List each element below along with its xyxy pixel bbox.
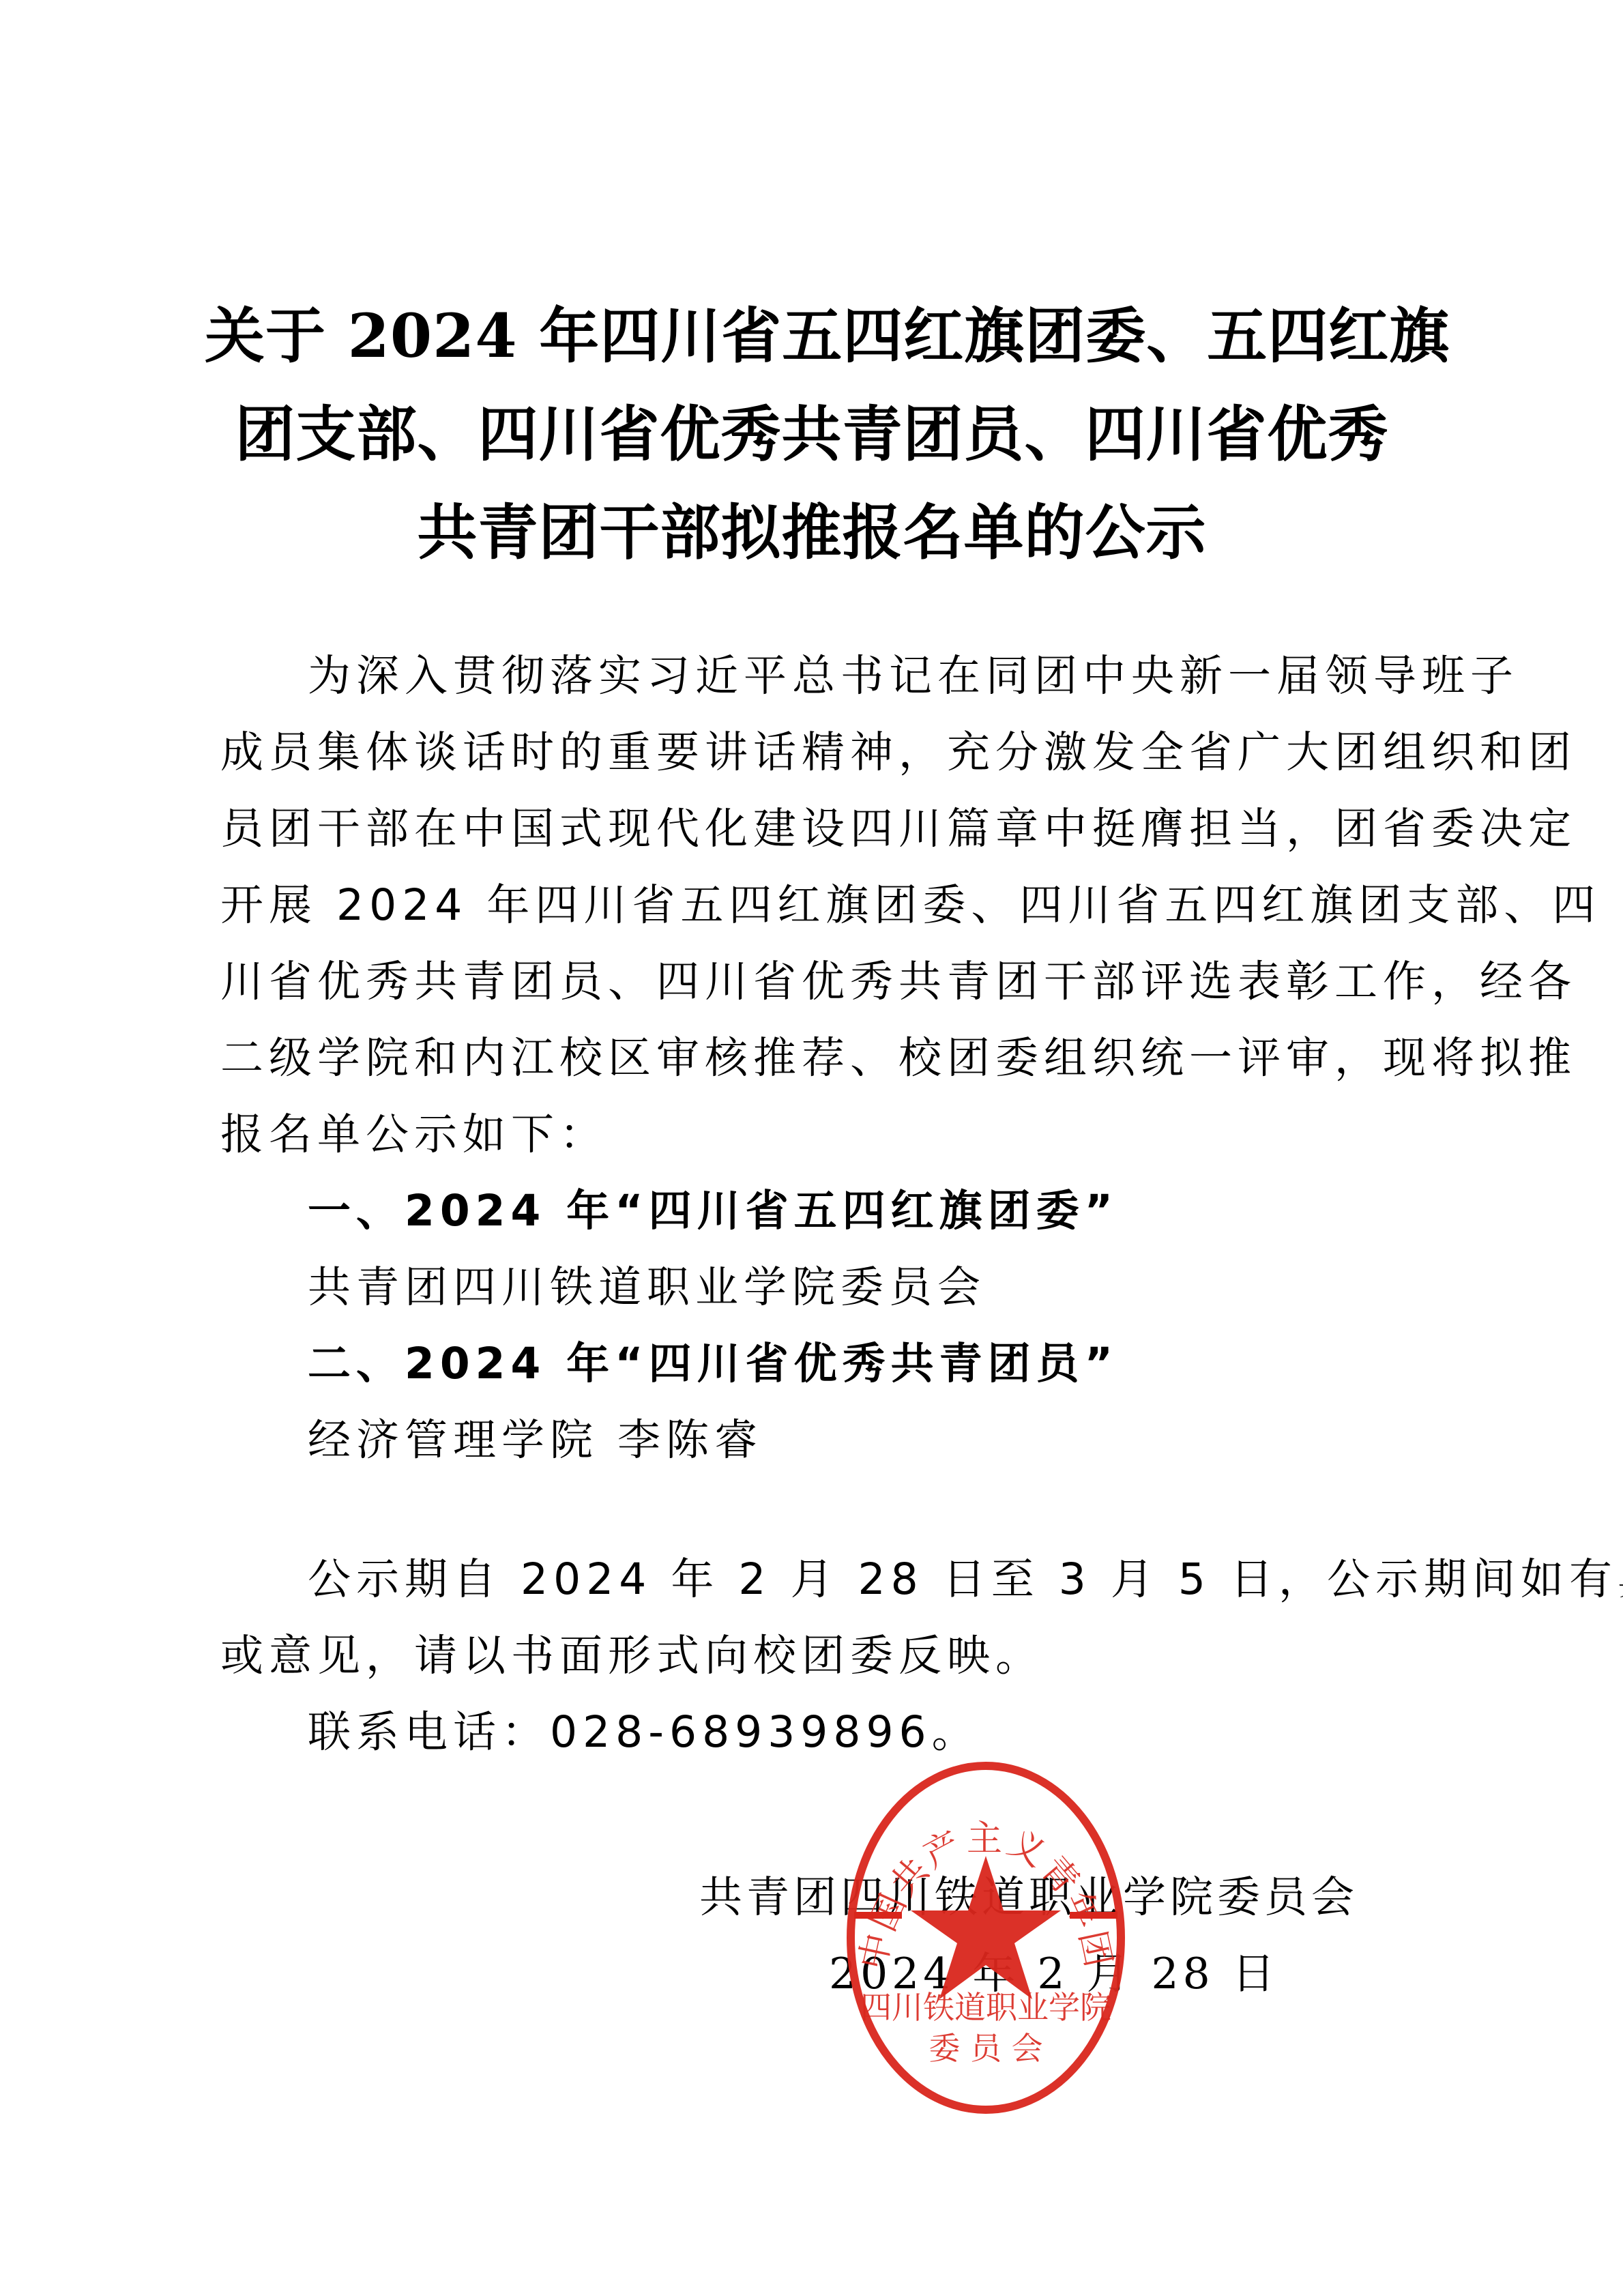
stamp-bottom-line2: 委 员 会 [929,2030,1042,2067]
paragraph-line: 二级学院和内江校区审核推荐、校团委组织统一评审，现将拟推 [220,1020,1421,1096]
section-heading: 一、2024 年“四川省五四红旗团委” [220,1173,1421,1249]
paragraph-line: 或意见，请以书面形式向校团委反映。 [220,1618,1421,1694]
contact-phone: 联系电话：028-68939896。 [220,1694,1421,1771]
paragraph-line: 为深入贯彻落实习近平总书记在同团中央新一届领导班子 [220,638,1421,714]
paragraph-line: 开展 2024 年四川省五四红旗团委、四川省五四红旗团支部、四 [220,867,1421,944]
document-title: 关于 2024 年四川省五四红旗团委、五四红旗 团支部、四川省优秀共青团员、四川… [205,287,1419,581]
title-line: 团支部、四川省优秀共青团员、四川省优秀 [205,385,1419,483]
title-line: 共青团干部拟推报名单的公示 [205,483,1419,581]
nomination-list: 一、2024 年“四川省五四红旗团委” 共青团四川铁道职业学院委员会 二、202… [220,1173,1421,1479]
paragraph-line: 成员集体谈话时的重要讲话精神，充分激发全省广大团组织和团 [220,714,1421,791]
paragraph-line: 报名单公示如下： [220,1096,1421,1173]
section-content: 经济管理学院 李陈睿 [220,1402,1421,1479]
signature-organization: 共青团四川铁道职业学院委员会 [699,1859,1358,1936]
document-page: 关于 2024 年四川省五四红旗团委、五四红旗 团支部、四川省优秀共青团员、四川… [0,0,1623,2296]
notice-paragraph: 公示期自 2024 年 2 月 28 日至 3 月 5 日，公示期间如有异议 或… [220,1541,1421,1771]
paragraph-line: 公示期自 2024 年 2 月 28 日至 3 月 5 日，公示期间如有异议 [220,1541,1421,1618]
intro-paragraph: 为深入贯彻落实习近平总书记在同团中央新一届领导班子 成员集体谈话时的重要讲话精神… [220,638,1421,1173]
paragraph-line: 员团干部在中国式现代化建设四川篇章中挺膺担当，团省委决定 [220,791,1421,867]
title-line: 关于 2024 年四川省五四红旗团委、五四红旗 [205,287,1419,385]
section-content: 共青团四川铁道职业学院委员会 [220,1249,1421,1326]
section-heading: 二、2024 年“四川省优秀共青团员” [220,1326,1421,1402]
signature-date: 2024 年 2 月 28 日 [829,1936,1279,2012]
paragraph-line: 川省优秀共青团员、四川省优秀共青团干部评选表彰工作，经各 [220,944,1421,1020]
